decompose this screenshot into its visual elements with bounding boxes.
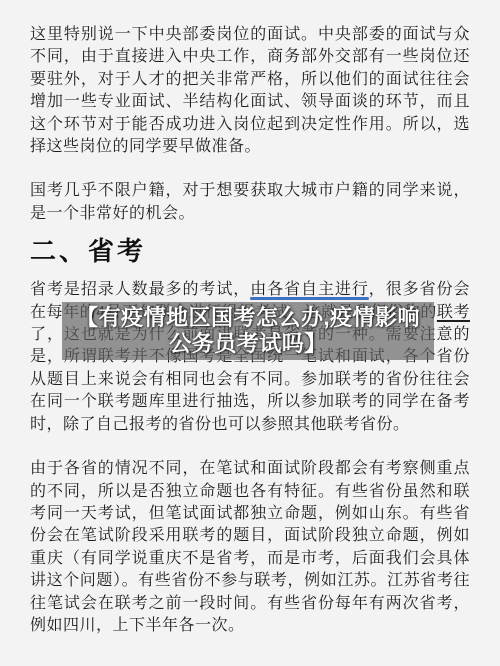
text-segment-blue-underline: 由各省自主进行 [250,281,369,298]
watermark-title-overlay: 【有疫情地区国考怎么办,疫情影响公务员考试吗】 [62,302,434,360]
paragraph-province-differences: 由于各省的情况不同，在笔试和面试阶段都会有考察侧重点的不同，所以是否独立命题也各… [30,458,470,637]
section-heading-provincial-exam: 二、省考 [30,235,470,267]
paragraph-central-ministry-interview: 这里特别说一下中央部委岗位的面试。中央部委的面试与众不同，由于直接进入中央工作，… [30,24,470,158]
text-segment-dark-underline: 联考 [437,304,470,321]
paragraph-hukou-opportunity: 国考几乎不限户籍，对于想要获取大城市户籍的同学来说，是一个非常好的机会。 [30,180,470,225]
article-page: 这里特别说一下中央部委岗位的面试。中央部委的面试与众不同，由于直接进入中央工作，… [0,0,500,666]
watermark-title-text: 【有疫情地区国考怎么办,疫情影响公务员考试吗】 [66,305,430,357]
text-segment-plain: 省考是招录人数最多的考试， [30,281,250,298]
